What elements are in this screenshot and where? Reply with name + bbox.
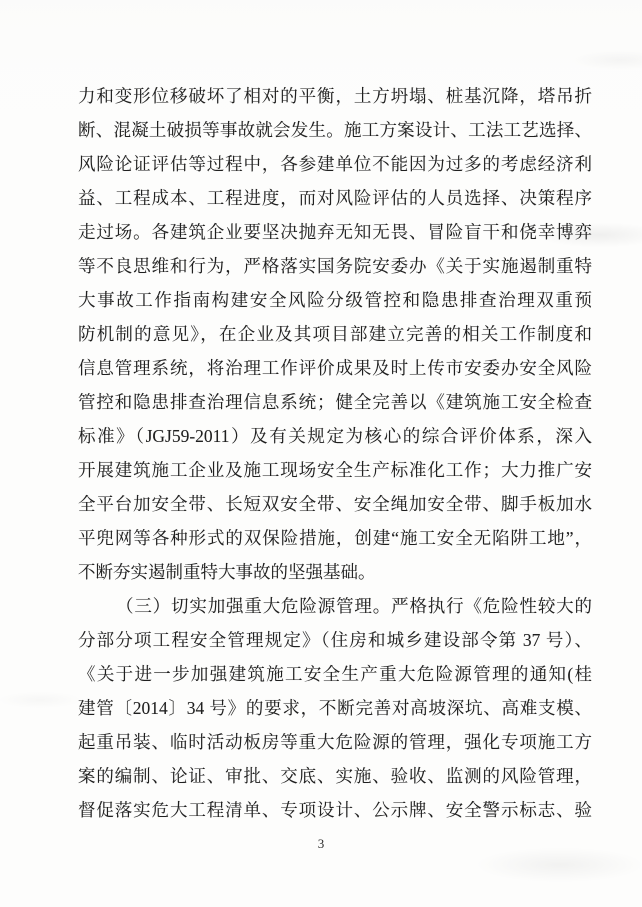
page-number: 3 [0,836,642,852]
text-line: 建管〔2014〕34 号》的要求，不断完善对高坡深坑、高难支模、 [78,691,592,725]
text-line: 不断夯实遏制重特大事故的坚强基础。 [78,555,592,589]
text-line: 益、工程成本、工程进度，而对风险评估的人员选择、决策程序 [78,181,592,215]
text-line: 开展建筑施工企业及施工现场安全生产标准化工作；大力推广安 [78,453,592,487]
text-line: 起重吊装、临时活动板房等重大危险源的管理，强化专项施工方 [78,725,592,759]
text-line: 案的编制、论证、审批、交底、实施、验收、监测的风险管理， [78,759,592,793]
text-line: 《关于进一步加强建筑施工安全生产重大危险源管理的通知(桂 [78,657,592,691]
document-page: 力和变形位移破坏了相对的平衡，土方坍塌、桩基沉降，塔吊折断、混凝土破损等事故就会… [0,0,642,907]
text-line: 防机制的意见》，在企业及其项目部建立完善的相关工作制度和 [78,317,592,351]
text-line: 标准》（JGJ59-2011）及有关规定为核心的综合评价体系，深入 [78,419,592,453]
text-line: 管控和隐患排查治理信息系统；健全完善以《建筑施工安全检查 [78,385,592,419]
text-line: 分部分项工程安全管理规定》（住房和城乡建设部令第 37 号）、 [78,623,592,657]
text-line: 走过场。各建筑企业要坚决抛弃无知无畏、冒险盲干和侥幸博弈 [78,215,592,249]
text-line: 断、混凝土破损等事故就会发生。施工方案设计、工法工艺选择、 [78,113,592,147]
text-line: 风险论证评估等过程中，各参建单位不能因为过多的考虑经济利 [78,147,592,181]
text-line: 信息管理系统，将治理工作评价成果及时上传市安委办安全风险 [78,351,592,385]
document-body-text: 力和变形位移破坏了相对的平衡，土方坍塌、桩基沉降，塔吊折断、混凝土破损等事故就会… [78,79,592,827]
text-line: 力和变形位移破坏了相对的平衡，土方坍塌、桩基沉降，塔吊折 [78,79,592,113]
text-line: 等不良思维和行为，严格落实国务院安委办《关于实施遏制重特 [78,249,592,283]
text-line: 大事故工作指南构建安全风险分级管控和隐患排查治理双重预 [78,283,592,317]
text-line: 平兜网等各种形式的双保险措施，创建“施工安全无陷阱工地”， [78,521,592,555]
text-line: （三）切实加强重大危险源管理。严格执行《危险性较大的 [78,589,592,623]
text-line: 全平台加安全带、长短双安全带、安全绳加安全带、脚手板加水 [78,487,592,521]
text-line: 督促落实危大工程清单、专项设计、公示牌、安全警示标志、验 [78,793,592,827]
